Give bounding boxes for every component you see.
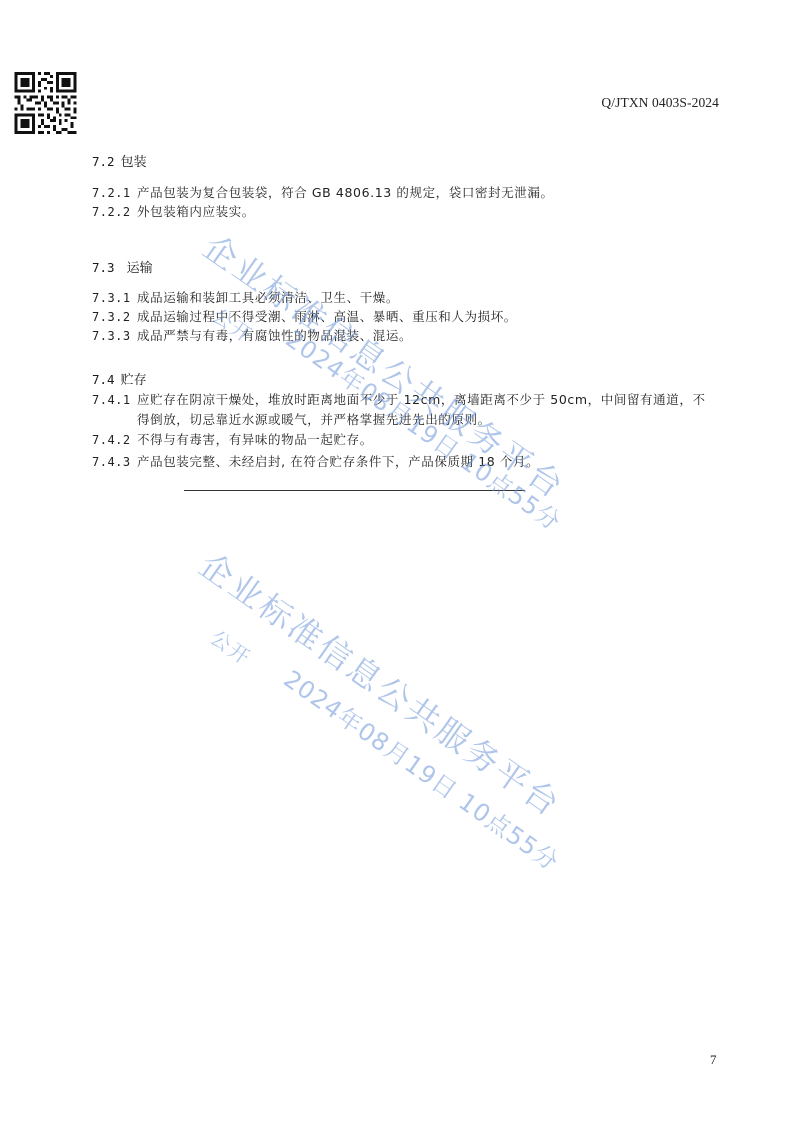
clause-text: 成品严禁与有毒，有腐蚀性的物品混装、混运。 [137,328,412,343]
watermark-platform-name: 企业标准信息公共服务平台 [191,540,572,826]
clause-text: 应贮存在阴凉干燥处，堆放时距离地面不少于 12cm，离墙距离不少于 50cm，中… [137,392,706,407]
clause-number: 7.4.1 [92,390,137,410]
clause-text: 产品包装为复合包装袋，符合 GB 4806.13 的规定，袋口密封无泄漏。 [137,185,554,200]
section-title: 包装 [121,155,147,170]
clause-number: 7.4.3 [92,452,137,472]
clause-7-3-1: 7.3.1成品运输和装卸工具必须清洁、卫生、干燥。 [92,288,399,308]
clause-number: 7.3.3 [92,326,137,346]
clause-7-4-2: 7.4.2不得与有毒害，有异味的物品一起贮存。 [92,430,373,450]
clause-7-3-2: 7.3.2成品运输过程中不得受潮、雨淋、高温、暴晒、重压和人为损坏。 [92,307,517,327]
clause-text: 外包装箱内应装实。 [137,204,255,219]
section-number: 7.2 [92,154,115,169]
end-of-document-rule [184,490,525,491]
watermark-datetime: 2024年08月19日 10点55分 [278,660,567,877]
clause-text: 成品运输过程中不得受潮、雨淋、高温、暴晒、重压和人为损坏。 [137,309,517,324]
clause-number: 7.2.2 [92,202,137,222]
clause-text: 成品运输和装卸工具必须清洁、卫生、干燥。 [137,290,399,305]
clause-7-3-3: 7.3.3成品严禁与有毒，有腐蚀性的物品混装、混运。 [92,326,412,346]
clause-number: 7.3.2 [92,307,137,327]
qr-code-icon [14,72,77,134]
clause-number: 7.2.1 [92,183,137,203]
clause-text: 产品包装完整、未经启封, 在符合贮存条件下，产品保质期 18 个月。 [137,454,539,469]
section-heading-storage: 7.4贮存 [92,369,147,388]
watermark-public-label: 公开 [205,622,258,671]
page-number: 7 [710,1052,717,1068]
clause-text: 不得与有毒害，有异味的物品一起贮存。 [137,432,373,447]
section-heading-packaging: 7.2包装 [92,151,147,170]
clause-7-4-1: 7.4.1应贮存在阴凉干燥处，堆放时距离地面不少于 12cm，离墙距离不少于 5… [92,390,706,430]
document-page: Q/JTXN 0403S-2024 7.2包装 7.2.1产品包装为复合包装袋，… [0,0,794,1123]
document-code: Q/JTXN 0403S-2024 [601,95,719,111]
section-heading-transport: 7.3运输 [92,257,153,276]
clause-number: 7.4.2 [92,430,137,450]
section-title: 运输 [127,261,153,276]
clause-text-continuation: 得倒放，切忌靠近水源或暖气，并严格掌握先进先出的原则。 [92,410,706,430]
section-number: 7.4 [92,372,115,387]
clause-7-2-1: 7.2.1产品包装为复合包装袋，符合 GB 4806.13 的规定，袋口密封无泄… [92,183,554,203]
section-number: 7.3 [92,260,115,275]
section-title: 贮存 [121,373,147,388]
clause-7-4-3: 7.4.3产品包装完整、未经启封, 在符合贮存条件下，产品保质期 18 个月。 [92,452,539,472]
clause-number: 7.3.1 [92,288,137,308]
clause-7-2-2: 7.2.2外包装箱内应装实。 [92,202,255,222]
